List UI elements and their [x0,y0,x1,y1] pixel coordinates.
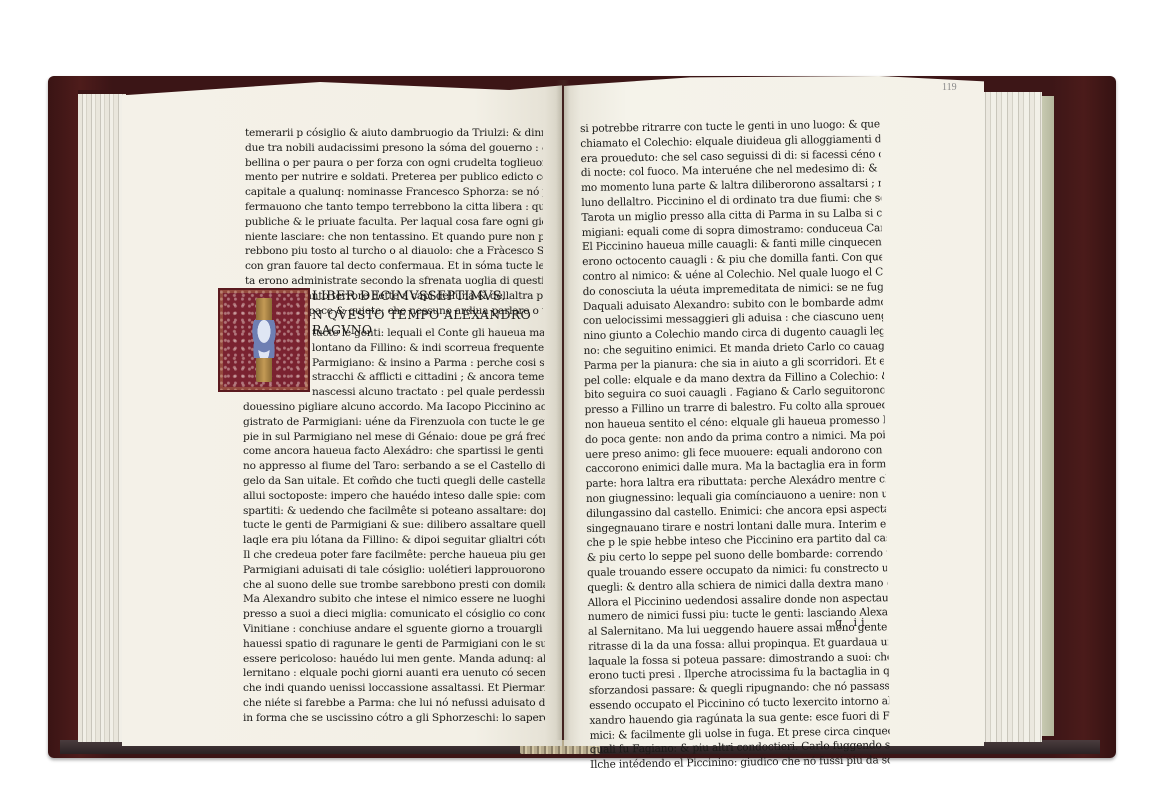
text-line: Ma Alexandro subito che intese el nimico… [243,592,545,607]
text-line: rebbono piu tosto al turcho o al diauolo… [245,244,543,259]
drop-cap-text: tucte le genti: lequali el Conte gli hau… [312,326,544,400]
text-line: laqle era piu lótana da Fillino: & dipoi… [243,533,545,548]
book-photograph: 119 temerarii p cósiglio & aiuto dambruo… [0,0,1171,800]
text-line: Vinitiane : conchiuse andare el sguente … [243,622,545,637]
gutter-shadow [556,80,570,740]
text-line: capitale a qualunq: nominasse Francesco … [245,185,543,200]
text-line: tucte le genti de Parmigiani & sue: dili… [243,518,545,533]
text-line: gelo da San uitale. Et com̃do che tucti … [243,474,545,489]
text-line: gistrato de Parmigiani: uéne da Firenzuo… [243,415,545,430]
text-line: come ancora haueua facto Alexádro: che s… [243,444,545,459]
text-line: temerarii p cósiglio & aiuto dambruogio … [245,126,543,141]
text-line: publiche & le priuate faculta. Per laqua… [245,215,543,230]
text-line: spartiti: & uedendo che facilmête si pot… [243,504,545,519]
text-line: tucte le genti: lequali el Conte gli hau… [312,326,544,341]
text-line: stracchi & afflicti e cittadini ; & anco… [312,370,544,385]
text-line: che al suono delle sue trombe sarebbono … [243,578,545,593]
text-line: lontano da Fillino: & indi scorreua freq… [312,341,544,356]
text-line: niente lasciare: che non tentassino. Et … [245,230,543,245]
text-line: mento per nutrire e soldati. Preterea pe… [245,170,543,185]
text-line: no appresso al fiume del Taro: serbando … [243,459,545,474]
text-line: bellina o per paura o per forza con ogni… [245,156,543,171]
signature-mark: q ii [835,616,869,629]
initial-flower-ornament [249,320,279,358]
text-line: che indi quando uenissi loccassione assa… [243,681,545,696]
text-line: Parmigiani aduisati di tale cósiglio: uo… [243,563,545,578]
text-line: due tra nobili audacissimi presono la só… [245,141,543,156]
right-endpaper-edge [1042,96,1054,736]
left-body-text: douessino pigliare alcuno accordo. Ma Ia… [243,400,545,726]
text-line: Parmigiano: & insino a Parma : perche co… [312,356,544,371]
folio-number: 119 [942,82,957,93]
left-page-edges [78,90,126,742]
text-line: allui soctoposte: impero che hauédo inte… [243,489,545,504]
text-line: nascessi alcuno tractato : pel quale per… [312,385,544,400]
text-line: hauessi spatio di ragunare le genti de P… [243,637,545,652]
text-line: con gran fauore tal decto confermaua. Et… [245,259,543,274]
right-page-edges [980,92,1042,742]
text-line: in forma che se uscissino cótro a gli Sp… [243,711,545,726]
text-line: fermauono che tanto tempo terrebbono la … [245,200,543,215]
text-line: che niéte si farebbe a Parma: che lui nó… [243,696,545,711]
right-body-text: si potrebbe ritrarre con tucte le genti … [580,117,890,773]
text-line: pie in sul Parmigiano nel mese di Génaio… [243,430,545,445]
illuminated-initial [218,288,310,392]
text-line: Il che credeua poter fare facilmête: per… [243,548,545,563]
text-line: douessino pigliare alcuno accordo. Ma Ia… [243,400,545,415]
text-line: presso a suoi a dieci miglia: comunicato… [243,607,545,622]
text-line: ta erono administrate secondo la sfrenat… [245,274,543,289]
book-heading: LIBER DECIMVSSEPTIMVS. [312,290,506,305]
text-line: essere pericoloso: hauédo lui men gente.… [243,652,545,667]
text-line: lernitano : elquale pochi giorni auanti … [243,666,545,681]
